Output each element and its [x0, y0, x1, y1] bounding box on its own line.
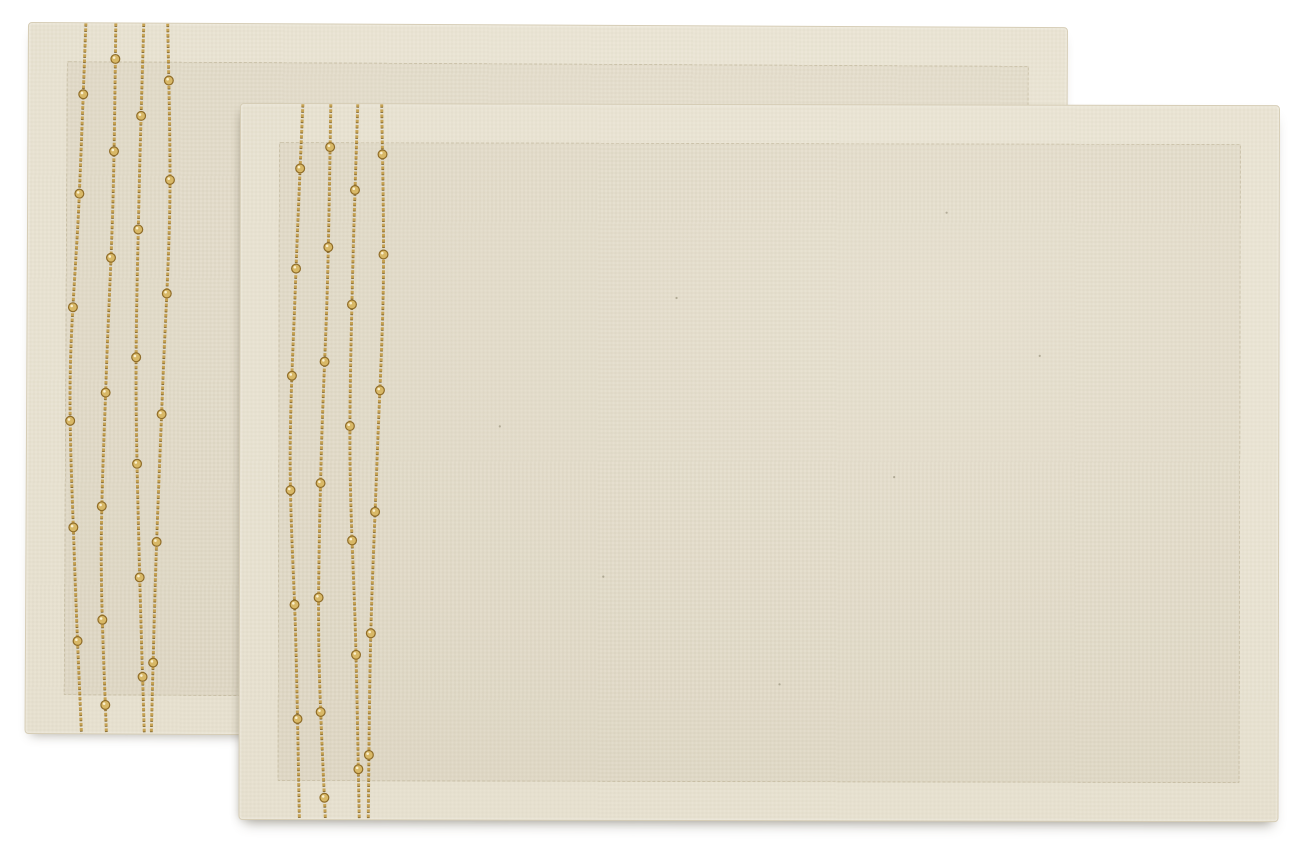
- hem-highlight: [240, 104, 1279, 821]
- placemat-front: [238, 103, 1279, 822]
- bead-embroidery: [240, 104, 1279, 821]
- product-photo: [0, 0, 1309, 848]
- hem-stitch-line: [278, 142, 1241, 783]
